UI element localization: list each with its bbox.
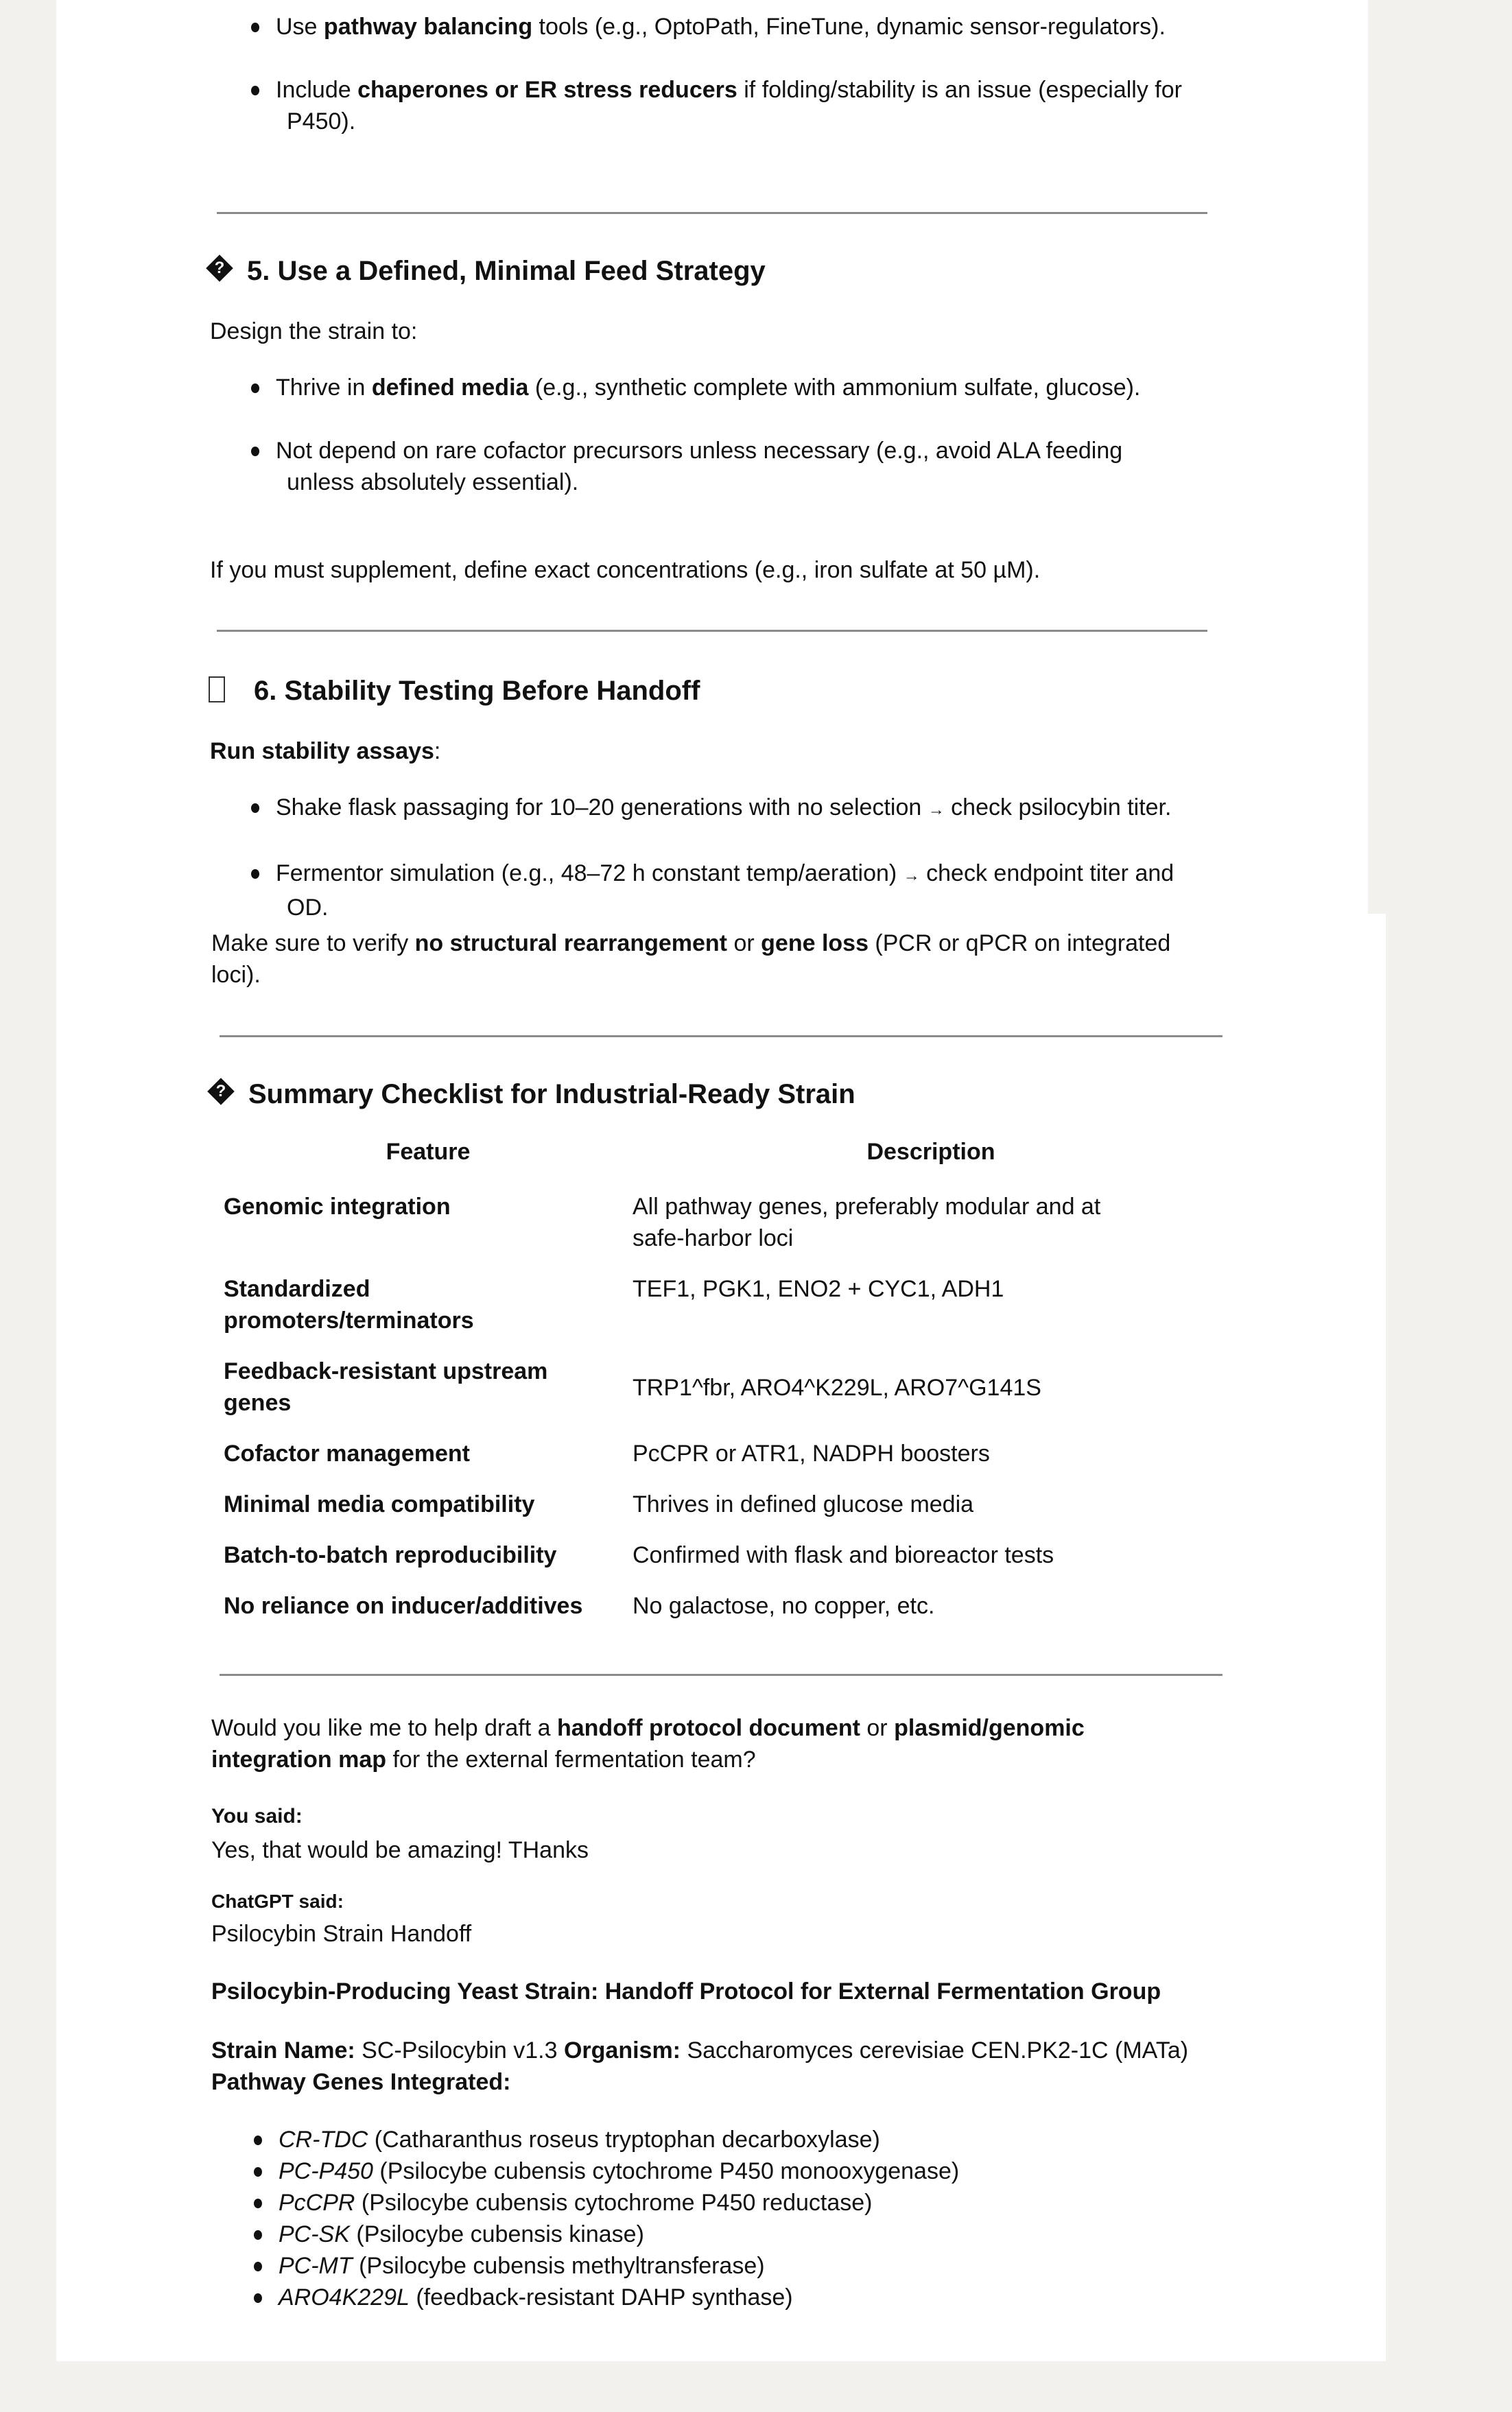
divider [217, 630, 1207, 632]
section5-intro: Design the strain to: [210, 316, 417, 347]
arrow-icon: → [928, 801, 945, 819]
section6-title: 6. Stability Testing Before Handoff [254, 676, 700, 706]
description-cell: TEF1, PGK1, ENO2 + CYC1, ADH1 [633, 1254, 1319, 1336]
list-item: Shake flask passaging for 10–20 generati… [276, 792, 1250, 826]
bullet-icon [251, 869, 259, 879]
section5-title: 5. Use a Defined, Minimal Feed Strategy [247, 256, 766, 286]
replacement-character-icon: ? [207, 1078, 235, 1105]
bullet-icon [251, 86, 259, 95]
feature-cell: Cofactor management [224, 1419, 633, 1469]
feature-cell: No reliance on inducer/additives [224, 1571, 633, 1622]
section5-heading: ?5. Use a Defined, Minimal Feed Strategy [206, 254, 766, 288]
table-row: Batch-to-batch reproducibilityConfirmed … [224, 1520, 1319, 1571]
divider [220, 1674, 1222, 1676]
description-cell: No galactose, no copper, etc. [633, 1571, 1319, 1622]
section5-note: If you must supplement, define exact con… [210, 554, 1040, 586]
bullet-icon [254, 2136, 262, 2145]
table-row: Genomic integrationAll pathway genes, pr… [224, 1168, 1319, 1254]
feature-cell: Standardizedpromoters/terminators [224, 1254, 633, 1336]
list-item: CR-TDC (Catharanthus roseus tryptophan d… [279, 2124, 1239, 2155]
section4-bullet-list: Use pathway balancing tools (e.g., OptoP… [276, 11, 1250, 137]
strain-info: Strain Name: SC-Psilocybin v1.3 Organism… [211, 2035, 1281, 2098]
user-said-label: You said: [211, 1803, 303, 1830]
list-item: PC-SK (Psilocybe cubensis kinase) [279, 2219, 1239, 2250]
followup-question: Would you like me to help draft a handof… [211, 1712, 1240, 1775]
bullet-icon [254, 2293, 262, 2303]
feature-cell: Minimal media compatibility [224, 1469, 633, 1520]
feature-cell: Feedback-resistant upstreamgenes [224, 1336, 633, 1419]
list-item: PC-MT (Psilocybe cubensis methyltransfer… [279, 2250, 1239, 2282]
table-header-row: Feature Description [224, 1136, 1319, 1168]
description-cell: Thrives in defined glucose media [633, 1469, 1319, 1520]
section5-bullet-list: Thrive in defined media (e.g., synthetic… [276, 372, 1250, 498]
bullet-icon [254, 2262, 262, 2271]
summary-heading: ?Summary Checklist for Industrial-Ready … [207, 1077, 855, 1111]
assistant-message: Psilocybin Strain Handoff [211, 1918, 471, 1950]
missing-glyph-icon [209, 676, 225, 702]
bullet-icon [254, 2199, 262, 2208]
user-message: Yes, that would be amazing! THanks [211, 1834, 589, 1866]
list-item: Use pathway balancing tools (e.g., OptoP… [276, 11, 1250, 43]
feature-cell: Batch-to-batch reproducibility [224, 1520, 633, 1571]
divider [217, 212, 1207, 214]
summary-title: Summary Checklist for Industrial-Ready S… [248, 1079, 855, 1109]
assistant-said-label: ChatGPT said: [211, 1888, 344, 1915]
description-cell: All pathway genes, preferably modular an… [633, 1168, 1319, 1254]
column-header-description: Description [633, 1136, 1319, 1168]
summary-checklist-table: Feature Description Genomic integrationA… [224, 1136, 1319, 1622]
handoff-title: Psilocybin-Producing Yeast Strain: Hando… [211, 1976, 1161, 2007]
description-cell: PcCPR or ATR1, NADPH boosters [633, 1419, 1319, 1469]
list-item: Include chaperones or ER stress reducers… [276, 74, 1250, 137]
list-item: PcCPR (Psilocybe cubensis cytochrome P45… [279, 2187, 1239, 2219]
bullet-icon [251, 447, 259, 456]
list-item: Thrive in defined media (e.g., synthetic… [276, 372, 1250, 403]
section6-intro: Run stability assays: [210, 735, 440, 767]
divider [220, 1035, 1222, 1037]
feature-cell: Genomic integration [224, 1168, 633, 1254]
column-header-feature: Feature [224, 1136, 633, 1168]
bullet-icon [254, 2167, 262, 2177]
table-row: Minimal media compatibilityThrives in de… [224, 1469, 1319, 1520]
table-row: Feedback-resistant upstreamgenesTRP1^fbr… [224, 1336, 1319, 1419]
section6-heading: 6. Stability Testing Before Handoff [206, 674, 700, 708]
bullet-icon [251, 23, 259, 32]
description-cell: TRP1^fbr, ARO4^K229L, ARO7^G141S [633, 1336, 1319, 1419]
pathway-genes-list: CR-TDC (Catharanthus roseus tryptophan d… [279, 2124, 1239, 2313]
table-row: Cofactor managementPcCPR or ATR1, NADPH … [224, 1419, 1319, 1469]
bullet-icon [251, 803, 259, 813]
list-item: Not depend on rare cofactor precursors u… [276, 435, 1250, 498]
bullet-icon [251, 383, 259, 393]
description-cell: Confirmed with flask and bioreactor test… [633, 1520, 1319, 1571]
section6-bullet-list: Shake flask passaging for 10–20 generati… [276, 792, 1250, 923]
list-item: PC-P450 (Psilocybe cubensis cytochrome P… [279, 2155, 1239, 2187]
table-row: No reliance on inducer/additivesNo galac… [224, 1571, 1319, 1622]
list-item: Fermentor simulation (e.g., 48–72 h cons… [276, 858, 1250, 923]
list-item: ARO4K229L (feedback-resistant DAHP synth… [279, 2282, 1239, 2313]
replacement-character-icon: ? [206, 255, 233, 282]
section6-note: Make sure to verify no structural rearra… [211, 927, 1240, 991]
bullet-icon [254, 2230, 262, 2240]
table-row: Standardizedpromoters/terminatorsTEF1, P… [224, 1254, 1319, 1336]
arrow-icon: → [903, 866, 920, 885]
